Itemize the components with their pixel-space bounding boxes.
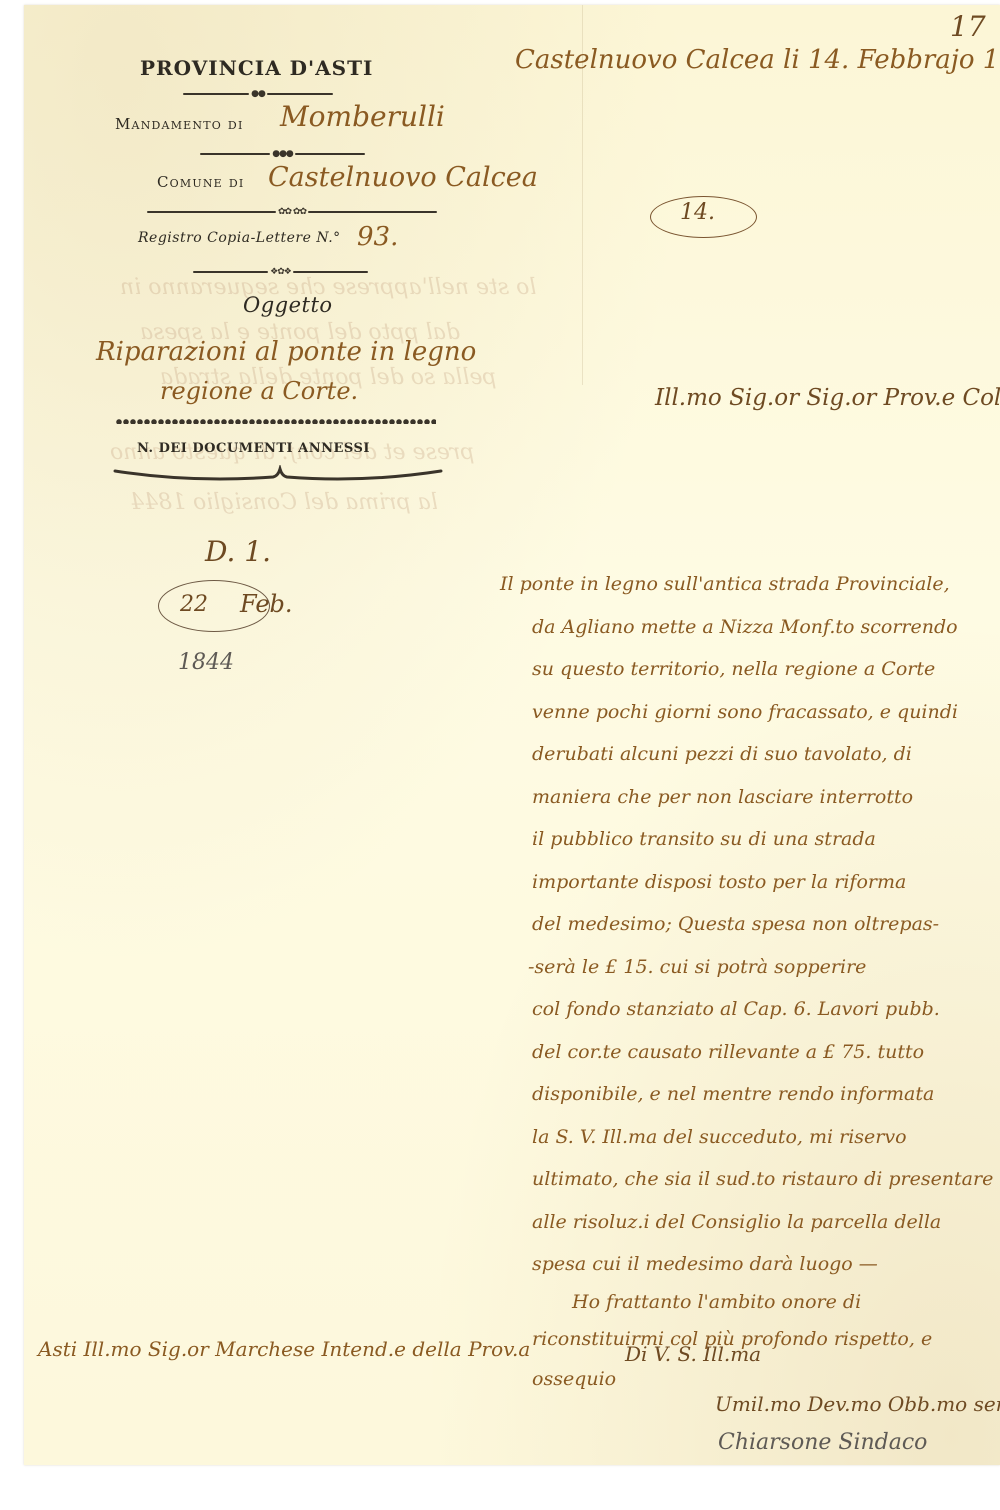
ornament-divider: ●● (183, 90, 333, 98)
body-line: col fondo stanziato al Cap. 6. Lavori pu… (532, 998, 940, 1020)
page-number: 17 (950, 10, 986, 43)
received-note-line1: D. 1. (205, 535, 271, 568)
brace-ornament (113, 465, 443, 485)
received-year: 1844 (178, 650, 234, 675)
salutation: Ill.mo Sig.or Sig.or Prov.e Coll.mo (655, 385, 1000, 411)
addressee: Asti Ill.mo Sig.or Marchese Intend.e del… (38, 1337, 530, 1361)
body-line: Il ponte in legno sull'antica strada Pro… (500, 573, 950, 595)
oggetto-text-line1: Riparazioni al ponte in legno (96, 337, 476, 367)
body-line: disponibile, e nel mentre rendo informat… (532, 1083, 934, 1105)
documenti-label: N. DEI DOCUMENTI ANNESSI (137, 441, 370, 456)
body-line: derubati alcuni pezzi di suo tavolato, d… (532, 743, 912, 765)
wavy-divider (116, 416, 436, 424)
province-heading: PROVINCIA D'ASTI (140, 56, 373, 80)
comune-value: Castelnuovo Calcea (268, 162, 538, 193)
signature: Chiarsone Sindaco (718, 1430, 927, 1455)
oggetto-text-line2: regione a Corte. (160, 377, 358, 405)
body-line: Ho frattanto l'ambito onore di (572, 1291, 861, 1313)
body-line: il pubblico transito su di una strada (532, 828, 876, 850)
ornament-divider: ✿✿ ✿✿ (147, 208, 437, 216)
document-page (24, 5, 1000, 1465)
body-line: ossequio (532, 1368, 616, 1390)
body-line: maniera che per non lasciare interrotto (532, 786, 913, 808)
body-line: del cor.te causato rillevante a £ 75. tu… (532, 1041, 924, 1063)
received-month: Feb. (240, 590, 293, 618)
closing-line2: Umil.mo Dev.mo Obb.mo servitore (715, 1392, 1000, 1416)
body-line: da Agliano mette a Nizza Monf.to scorren… (532, 616, 958, 638)
ornament-divider: ❖✿❖ (193, 268, 368, 276)
place-date: Castelnuovo Calcea li 14. Febbrajo 1844 (515, 45, 1000, 75)
body-line: alle risoluz.i del Consiglio la parcella… (532, 1211, 941, 1233)
bleed-through-text: la prima del Consiglio 1844 (130, 490, 438, 515)
circled-number: 14. (680, 200, 715, 225)
registro-label: Registro Copia-Lettere N.° (138, 230, 341, 246)
oggetto-label: Oggetto (243, 293, 333, 317)
body-line: su questo territorio, nella regione a Co… (532, 658, 935, 680)
body-line: ultimato, che sia il sud.to ristauro di … (532, 1168, 993, 1190)
body-line: del medesimo; Questa spesa non oltrepas- (532, 913, 939, 935)
closing-line1: Di V. S. Ill.ma (625, 1342, 761, 1366)
body-line: spesa cui il medesimo darà luogo — (532, 1253, 878, 1275)
body-line: importante disposi tosto per la riforma (532, 871, 906, 893)
registro-number: 93. (357, 222, 398, 252)
body-line: venne pochi giorni sono fracassato, e qu… (532, 701, 958, 723)
received-day: 22 (180, 592, 208, 617)
ornament-divider: ●●● (200, 150, 365, 158)
mandamento-label: Mandamento di (115, 115, 244, 133)
body-line: la S. V. Ill.ma del succeduto, mi riserv… (532, 1126, 907, 1148)
comune-label: Comune di (157, 173, 244, 191)
body-line: -serà le £ 15. cui si potrà sopperire (528, 956, 866, 978)
mandamento-value: Momberulli (280, 100, 445, 133)
